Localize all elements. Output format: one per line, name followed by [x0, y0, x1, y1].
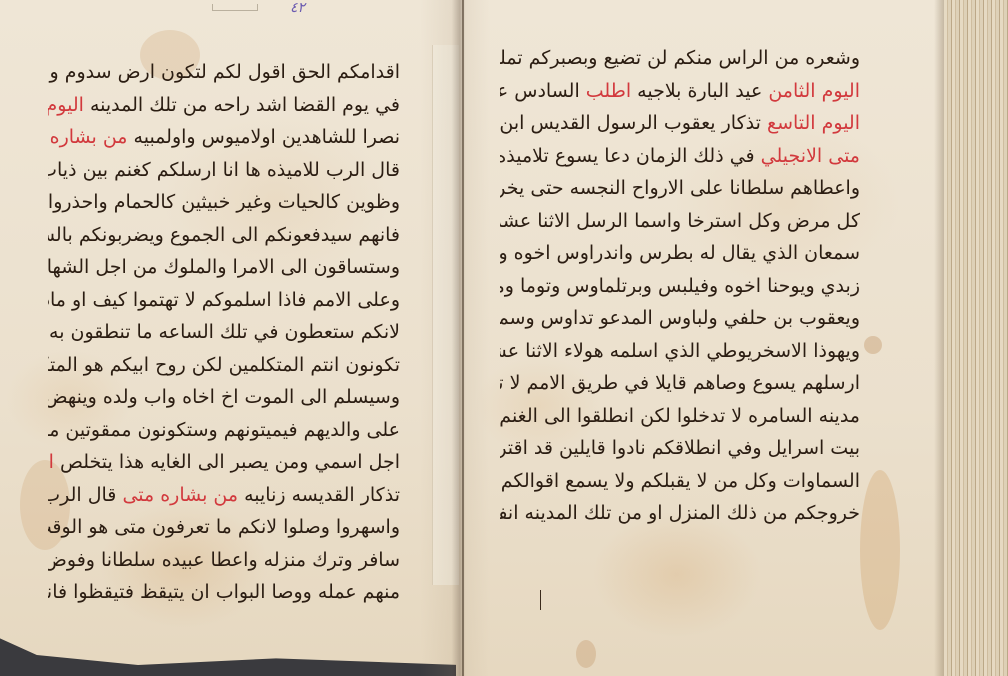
- text-line: لانكم ستعطون في تلك الساعه ما تنطقون به …: [48, 316, 400, 349]
- text-line: اليوم الثامن عيد البارة بلاجيه اطلب السا…: [500, 75, 860, 108]
- manuscript-spread: ٤٢ اقدامكم الحق اقول لكم لتكون ارض سدوم …: [0, 0, 1008, 676]
- water-stain: [860, 470, 900, 630]
- body-text: منهم عمله ووصا البواب ان يتيقظ فتيقظوا ف…: [48, 581, 400, 603]
- text-line: بيت اسرايل وفي انطلاقكم نادوا قايلين قد …: [500, 432, 860, 465]
- text-line: خروجكم من ذلك المنزل او من تلك المدينه ا…: [500, 497, 860, 530]
- rubric-text: اطلب: [586, 80, 631, 102]
- rubric-text: من بشاره متى الانجيلي: [48, 126, 127, 148]
- text-line: وظوين كالحيات وغير خبيثين كالحمام واحذرو…: [48, 186, 400, 219]
- rubric-text: من بشاره متى: [122, 484, 238, 506]
- left-page-text: اقدامكم الحق اقول لكم لتكون ارض سدوم وعا…: [48, 56, 400, 609]
- text-line: واعطاهم سلطانا على الارواح النجسه حتى يخ…: [500, 172, 860, 205]
- body-text: وستساقون الى الامرا والملوك من اجل الشها…: [48, 256, 400, 278]
- body-text: السادس عشر من الاول: [500, 80, 586, 102]
- body-text: وظوين كالحيات وغير خبيثين كالحمام واحذرو…: [48, 191, 400, 213]
- text-line: كل مرض وكل استرخا واسما الرسل الاثنا عشر…: [500, 205, 860, 238]
- water-stain: [576, 640, 596, 668]
- body-text: تذكار القديسه زنايبه: [238, 484, 400, 506]
- text-line: تكونون انتم المتكلمين لكن روح ابيكم هو ا…: [48, 349, 400, 382]
- body-text: قال الرب للاميذه ها انا ارسلكم كغنم بين …: [48, 159, 400, 181]
- page-stack-edge: [944, 0, 1008, 676]
- text-line: سافر وترك منزله واعطا عبيده سلطانا وفوض …: [48, 544, 400, 577]
- text-line: ويعقوب بن حلفي ولباوس المدعو تداوس وسمعا…: [500, 302, 860, 335]
- text-line: اجل اسمي ومن يصبر الى الغايه هذا يتخلص ا…: [48, 446, 400, 479]
- tape-mark: [212, 4, 258, 11]
- rubric-text: متى الانجيلي: [761, 145, 860, 167]
- body-text: سافر وترك منزله واعطا عبيده سلطانا وفوض …: [48, 549, 400, 571]
- body-text: نصرا للشاهدين اولاميوس واولمبيه: [127, 126, 400, 148]
- body-text: ويهوذا الاسخريوطي الذي اسلمه هولاء الاثن…: [500, 340, 860, 362]
- text-line: اليوم التاسع تذكار يعقوب الرسول القديس ا…: [500, 107, 860, 140]
- text-line: السماوات وكل من لا يقبلكم ولا يسمع اقوال…: [500, 465, 860, 498]
- right-page-text: وشعره من الراس منكم لن تضيع وبصبركم تملك…: [500, 42, 860, 530]
- gutter-shadow: [420, 0, 490, 676]
- body-text: خروجكم من ذلك المنزل او من تلك المدينه ا…: [500, 502, 860, 524]
- rubric-text: اليوم التاسع: [767, 112, 860, 134]
- text-line: وستساقون الى الامرا والملوك من اجل الشها…: [48, 251, 400, 284]
- body-text: كل مرض وكل استرخا واسما الرسل الاثنا عشر…: [500, 210, 860, 232]
- body-text: فانهم سيدفعونكم الى الجموع ويضربونكم بال…: [48, 224, 400, 246]
- body-text: في ذلك الزمان دعا يسوع تلاميذه الاثنا عش…: [500, 145, 761, 167]
- body-text: في يوم القضا اشد راحه من تلك المدينه: [84, 94, 400, 116]
- text-line: على والديهم فيميتونهم وستكونون ممقوتين م…: [48, 414, 400, 447]
- water-stain: [864, 336, 882, 354]
- text-line: وعلى الامم فاذا اسلموكم لا تهتموا كيف او…: [48, 284, 400, 317]
- text-line: ويهوذا الاسخريوطي الذي اسلمه هولاء الاثن…: [500, 335, 860, 368]
- body-text: على والديهم فيميتونهم وستكونون ممقوتين م…: [48, 419, 400, 441]
- text-line: نصرا للشاهدين اولاميوس واولمبيه من بشاره…: [48, 121, 400, 154]
- body-text: واعطاهم سلطانا على الارواح النجسه حتى يخ…: [500, 177, 860, 199]
- body-text: السماوات وكل من لا يقبلكم ولا يسمع اقوال…: [500, 470, 860, 492]
- rubric-text: اليوم العاشر: [48, 94, 84, 116]
- rubric-text: اليوم الثامن: [768, 80, 860, 102]
- shelf-mark: ٤٢: [290, 0, 305, 16]
- text-line: سمعان الذي يقال له بطرس واندراوس اخوه وي…: [500, 237, 860, 270]
- body-text: بيت اسرايل وفي انطلاقكم نادوا قايلين قد …: [500, 437, 860, 459]
- text-line: وسيسلم الى الموت اخ اخاه واب ولده وينهض …: [48, 381, 400, 414]
- body-text: عيد البارة بلاجيه: [631, 80, 768, 102]
- body-text: ويعقوب بن حلفي ولباوس المدعو تداوس وسمعا…: [500, 307, 860, 329]
- text-line: مدينه السامره لا تدخلوا لكن انطلقوا الى …: [500, 400, 860, 433]
- text-line: منهم عمله ووصا البواب ان يتيقظ فتيقظوا ف…: [48, 576, 400, 609]
- body-text: اقدامكم الحق اقول لكم لتكون ارض سدوم وعا…: [48, 61, 400, 83]
- body-text: وشعره من الراس منكم لن تضيع وبصبركم تملك…: [500, 47, 860, 69]
- body-text: لانكم ستعطون في تلك الساعه ما تنطقون به …: [48, 321, 400, 343]
- body-text: وسيسلم الى الموت اخ اخاه واب ولده وينهض …: [48, 386, 400, 408]
- body-text: مدينه السامره لا تدخلوا لكن انطلقوا الى …: [500, 405, 860, 427]
- text-line: فانهم سيدفعونكم الى الجموع ويضربونكم بال…: [48, 219, 400, 252]
- fore-edge-shadow: [934, 0, 944, 676]
- body-text: وعلى الامم فاذا اسلموكم لا تهتموا كيف او…: [48, 289, 400, 311]
- text-line: متى الانجيلي في ذلك الزمان دعا يسوع تلام…: [500, 140, 860, 173]
- body-text: سمعان الذي يقال له بطرس واندراوس اخوه وي…: [500, 242, 860, 264]
- body-text: تذكار يعقوب الرسول القديس ابن حلفي: [500, 112, 767, 134]
- body-text: قال الرب انظروا: [48, 484, 122, 506]
- text-line: وشعره من الراس منكم لن تضيع وبصبركم تملك…: [500, 42, 860, 75]
- text-line: قال الرب للاميذه ها انا ارسلكم كغنم بين …: [48, 154, 400, 187]
- text-line: اقدامكم الحق اقول لكم لتكون ارض سدوم وعا…: [48, 56, 400, 89]
- text-line: في يوم القضا اشد راحه من تلك المدينه الي…: [48, 89, 400, 122]
- text-line: زبدي ويوحنا اخوه وفيلبس وبرتلماوس وتوما …: [500, 270, 860, 303]
- body-text: زبدي ويوحنا اخوه وفيلبس وبرتلماوس وتوما …: [500, 275, 860, 297]
- spine-fold: [462, 0, 464, 676]
- text-line: تذكار القديسه زنايبه من بشاره متى قال ال…: [48, 479, 400, 512]
- body-text: اجل اسمي ومن يصبر الى الغايه هذا يتخلص: [54, 451, 400, 473]
- margin-stroke: [540, 590, 541, 610]
- text-line: ارسلهم يسوع وصاهم قايلا في طريق الامم لا…: [500, 367, 860, 400]
- body-text: تكونون انتم المتكلمين لكن روح ابيكم هو ا…: [48, 354, 400, 376]
- text-line: واسهروا وصلوا لانكم ما تعرفون متى هو الو…: [48, 511, 400, 544]
- body-text: ارسلهم يسوع وصاهم قايلا في طريق الامم لا…: [500, 372, 860, 394]
- body-text: واسهروا وصلوا لانكم ما تعرفون متى هو الو…: [48, 516, 400, 538]
